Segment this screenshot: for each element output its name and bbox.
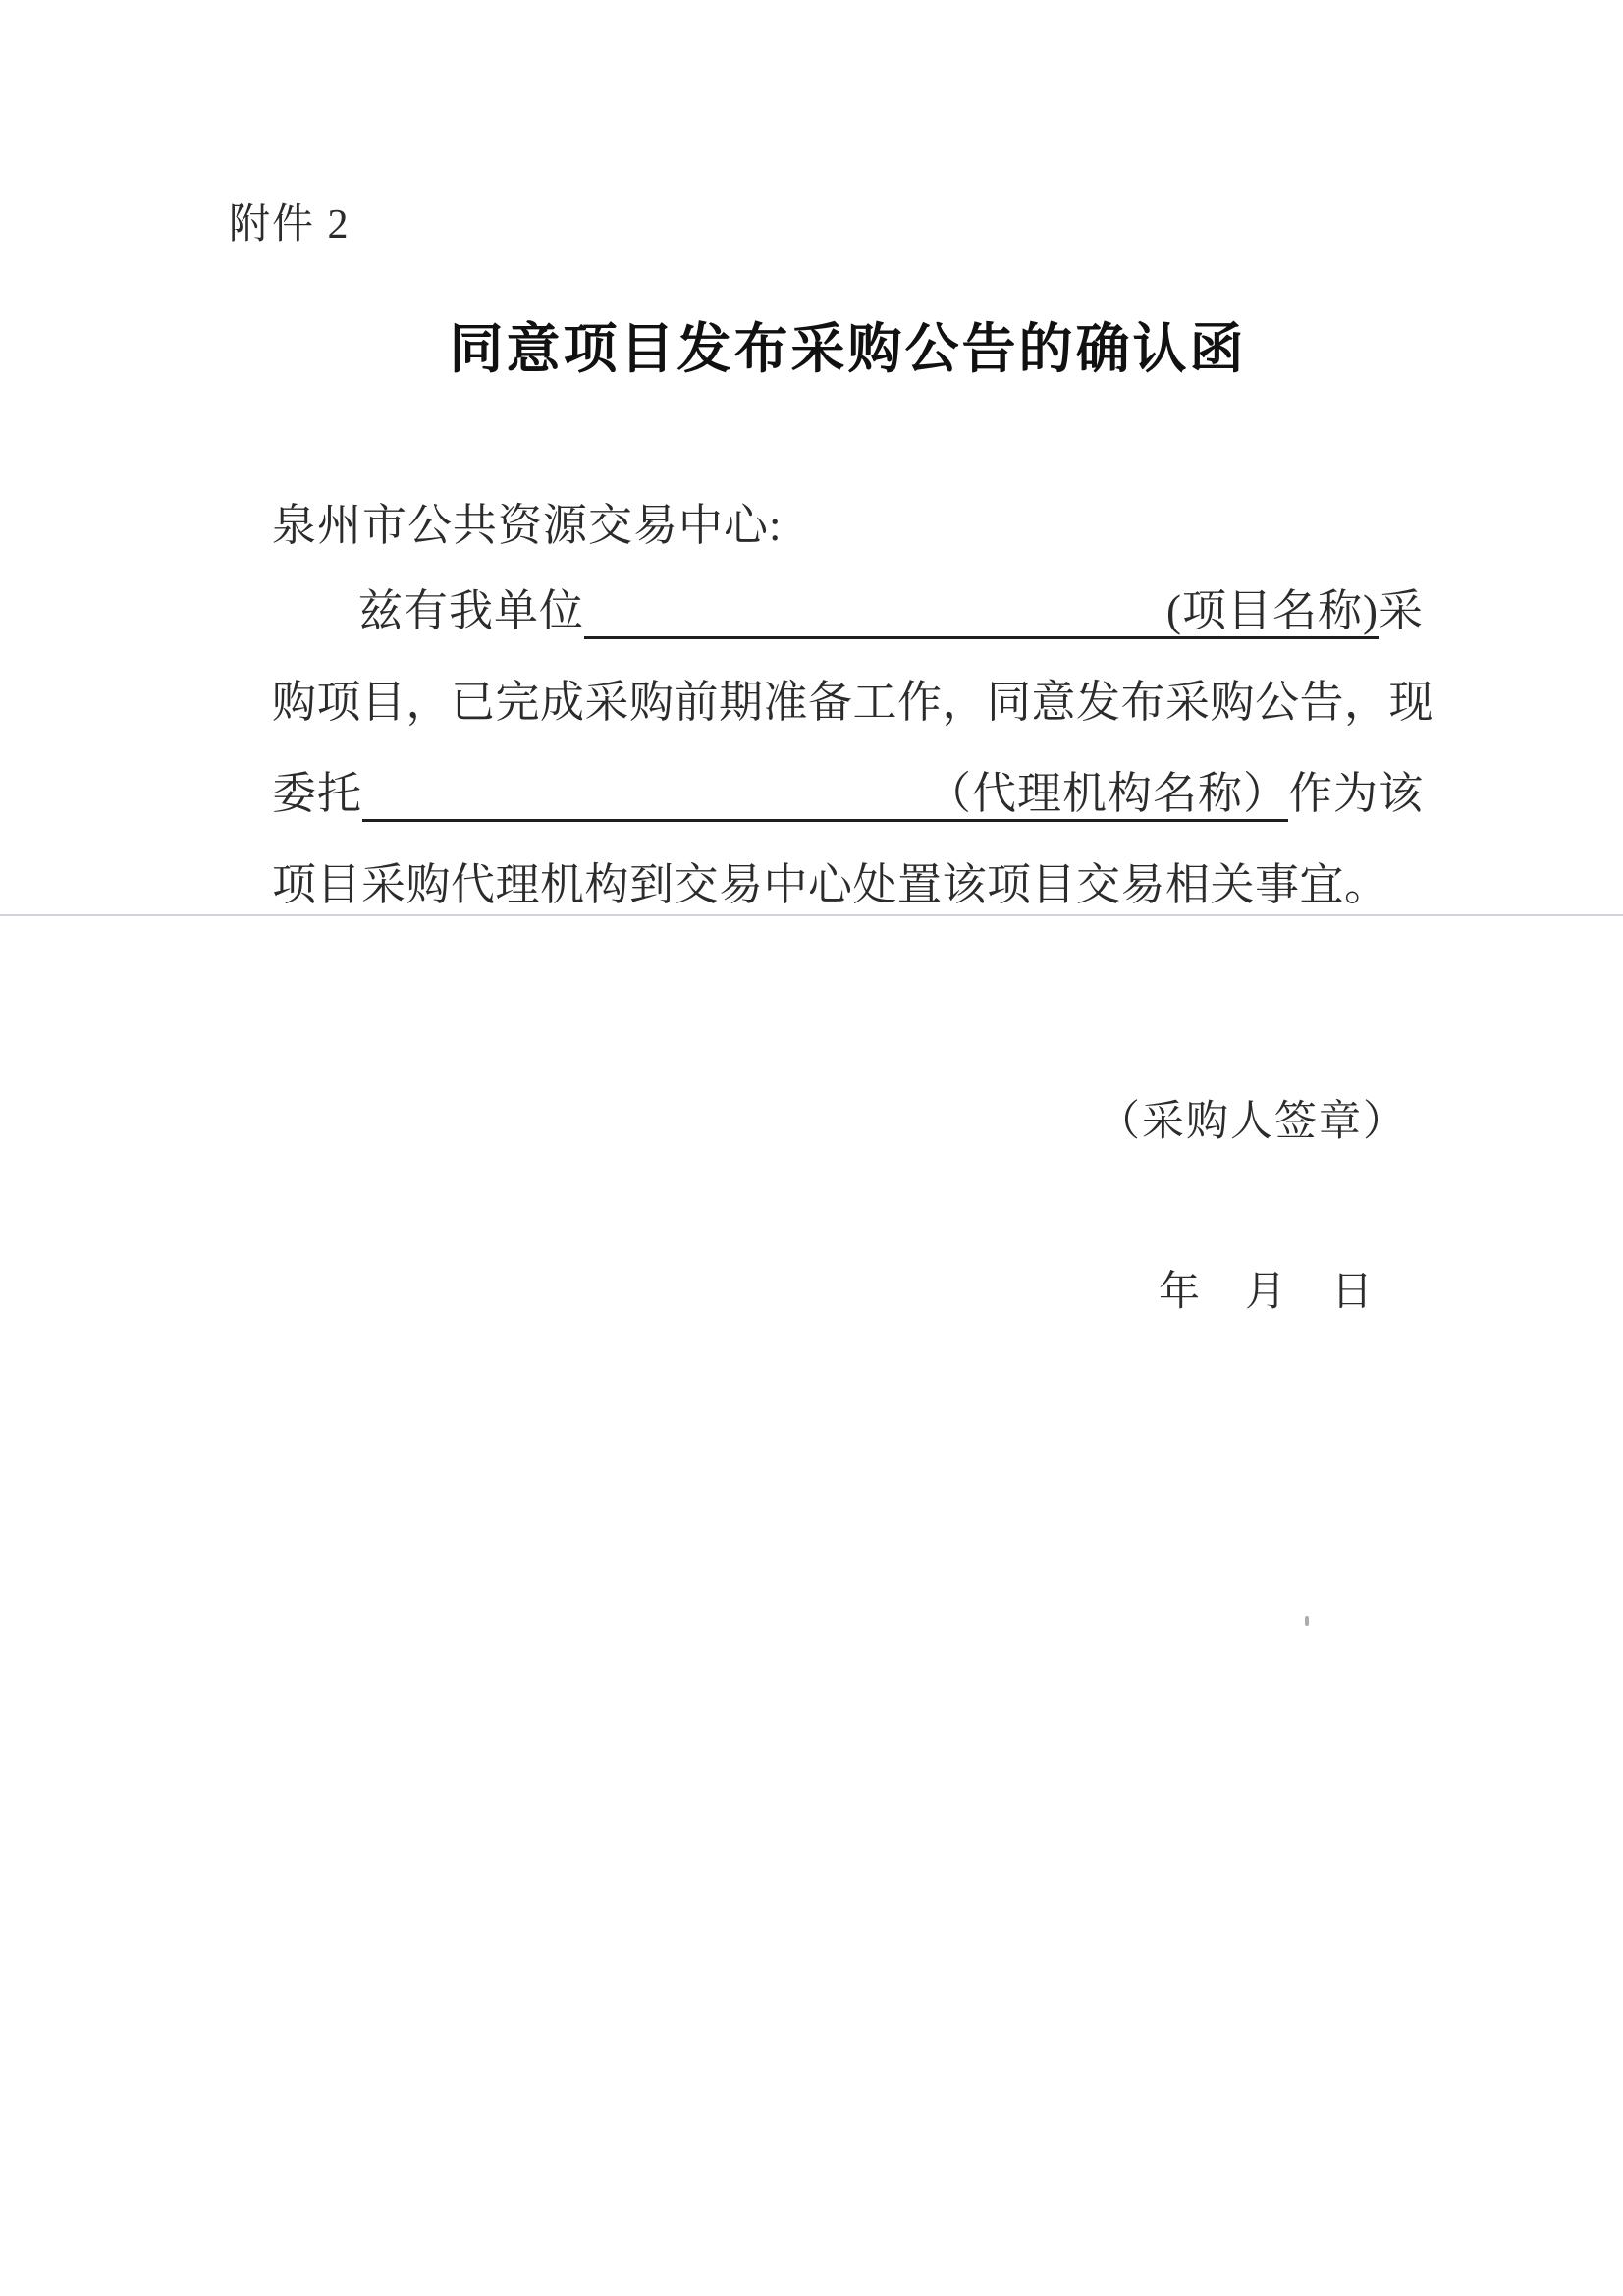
purchaser-signature-hint: （采购人签章） — [1098, 1098, 1407, 1147]
body-paragraph: 兹有我单位 (项目名称) 采 购项目，已完成采购前期准备工作，同意发布采购公告，… — [272, 585, 1424, 951]
agency-name-blank-line — [362, 768, 927, 822]
paragraph-line-4: 项目采购代理机构到交易中心处置该项目交易相关事宜。 — [272, 859, 1424, 951]
scan-artifact-speck — [1305, 1616, 1309, 1626]
project-name-blank-line — [584, 585, 1166, 639]
paragraph-line-1: 兹有我单位 (项目名称) 采 — [272, 585, 1424, 677]
attachment-label: 附件 2 — [229, 201, 351, 248]
line1-tail-text: 采 — [1379, 585, 1424, 677]
date-day-label: 日 — [1331, 1269, 1373, 1316]
document-title: 同意项目发布采购公告的确认函 — [272, 318, 1424, 379]
date-placeholder-line: 年 月 日 — [1159, 1269, 1373, 1316]
date-year-label: 年 — [1159, 1269, 1200, 1316]
date-month-label: 月 — [1245, 1269, 1286, 1316]
document-page: 附件 2 同意项目发布采购公告的确认函 泉州市公共资源交易中心: 兹有我单位 (… — [0, 0, 1623, 2296]
paragraph-line-3: 委托 （代理机构名称） 作为该 — [272, 768, 1424, 859]
scan-crease-line — [0, 914, 1623, 916]
salutation-line: 泉州市公共资源交易中心: — [272, 499, 783, 552]
line3-tail-text: 作为该 — [1288, 768, 1424, 859]
line3-lead-text: 委托 — [272, 768, 362, 859]
paragraph-line-2: 购项目，已完成采购前期准备工作，同意发布采购公告，现 — [272, 677, 1424, 768]
first-line-indent — [272, 585, 358, 677]
line1-lead-text: 兹有我单位 — [358, 585, 584, 677]
agency-name-hint: （代理机构名称） — [927, 768, 1288, 822]
project-name-hint: (项目名称) — [1166, 585, 1379, 639]
